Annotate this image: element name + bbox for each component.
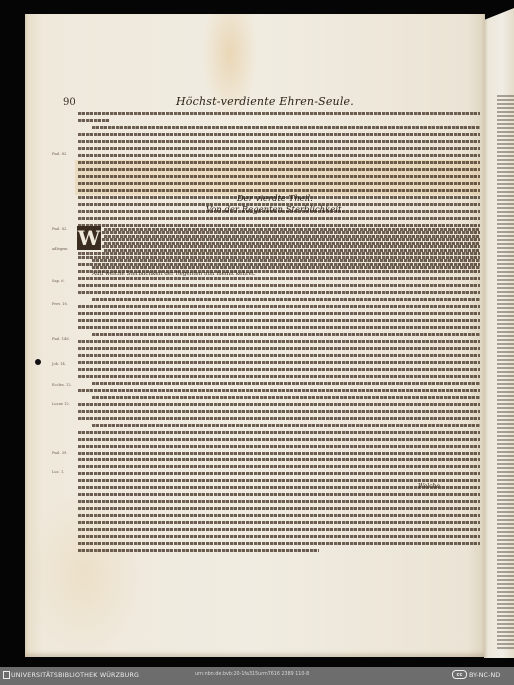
text-line: [78, 463, 480, 469]
text-line: [78, 261, 480, 267]
text-line: [78, 173, 480, 179]
running-title: Höchst-verdiente Ehren-Seule.: [165, 95, 365, 108]
text-line: [78, 303, 480, 309]
facing-page-text: [497, 95, 514, 650]
text-line: [78, 526, 480, 532]
institution-name: UNIVERSITÄTSBIBLIOTHEK WÜRZBURG: [11, 672, 139, 679]
text-line: [78, 450, 480, 456]
margin-note: Psal. 39.: [52, 451, 76, 455]
text-line: [78, 268, 480, 274]
license-label: BY-NC-ND: [469, 671, 500, 679]
section-heading-part: Der vierdte Theil:: [175, 194, 375, 205]
text-line: [78, 324, 480, 330]
text-block-lower: [78, 226, 480, 554]
text-line: [78, 110, 480, 116]
institution-link[interactable]: UNIVERSITÄTSBIBLIOTHEK WÜRZBURG: [3, 671, 139, 679]
text-line: [104, 233, 480, 239]
text-line: [92, 380, 480, 386]
text-line: [78, 408, 480, 414]
text-line: [92, 124, 480, 130]
margin-note: Luc. 1.: [52, 470, 76, 474]
text-line: [78, 159, 480, 165]
text-line: [78, 547, 319, 553]
text-line: [78, 254, 480, 260]
text-line: [78, 387, 480, 393]
text-line: [78, 519, 480, 525]
text-line: [78, 366, 480, 372]
text-line: [104, 247, 480, 253]
text-line: [78, 187, 480, 193]
text-line: [78, 456, 480, 462]
text-line: [78, 345, 480, 351]
creative-commons-icon: cc: [452, 670, 467, 679]
footer-bar: UNIVERSITÄTSBIBLIOTHEK WÜRZBURG urn:nbn:…: [0, 667, 514, 685]
text-line: [78, 401, 480, 407]
text-line: [78, 117, 110, 123]
text-line: [92, 331, 480, 337]
text-line: [78, 470, 480, 476]
text-line: [92, 422, 480, 428]
text-line: [78, 166, 480, 172]
margin-note: Lucae 12.: [52, 402, 76, 406]
text-line: [78, 152, 480, 158]
text-line: [78, 443, 480, 449]
license-link[interactable]: cc BY-NC-ND: [452, 670, 500, 679]
text-line: [78, 338, 480, 344]
text-line: [78, 131, 480, 137]
urn-identifier[interactable]: urn:nbn:de:bvb:20-1fa315urm7616 2389 110…: [195, 672, 309, 677]
text-line: [78, 491, 480, 497]
text-line: [78, 180, 480, 186]
text-line: [92, 394, 480, 400]
text-line: [78, 138, 480, 144]
text-line: [78, 282, 480, 288]
text-line: [78, 352, 480, 358]
section-heading-title: Von der Regenten Sterblichkeit.: [175, 205, 375, 216]
margin-note: Prov. 16.: [52, 302, 76, 306]
text-line: [78, 429, 480, 435]
text-line: [78, 533, 480, 539]
margin-note: adlegem: [52, 247, 76, 251]
ink-blot: [35, 359, 41, 365]
margin-note: Eccles. 12.: [52, 383, 76, 387]
text-line: [78, 415, 480, 421]
margin-note: Sap. 6.: [52, 279, 76, 283]
text-line: [78, 373, 480, 379]
text-line: [78, 289, 480, 295]
text-line: [78, 317, 480, 323]
text-line: [78, 540, 480, 546]
text-line: [78, 310, 480, 316]
margin-note: Job. 14.: [52, 362, 76, 366]
text-line: [78, 145, 480, 151]
text-line: [78, 436, 480, 442]
section-heading: Der vierdte Theil: Von der Regenten Ster…: [175, 194, 375, 216]
margin-note: Psal. 146.: [52, 337, 76, 341]
library-logo-icon: [3, 671, 10, 679]
margin-note: Psal. 82.: [52, 227, 76, 231]
text-line: [92, 296, 480, 302]
text-line: [104, 226, 480, 232]
text-line: [78, 512, 480, 518]
margin-note: Psal. 82.: [52, 152, 76, 156]
text-line: [78, 505, 480, 511]
text-line: [104, 240, 480, 246]
text-line: [78, 498, 480, 504]
text-line: [78, 275, 480, 281]
catchword: Welche: [418, 483, 440, 490]
page-number: 90: [63, 97, 76, 108]
text-line: [78, 359, 480, 365]
